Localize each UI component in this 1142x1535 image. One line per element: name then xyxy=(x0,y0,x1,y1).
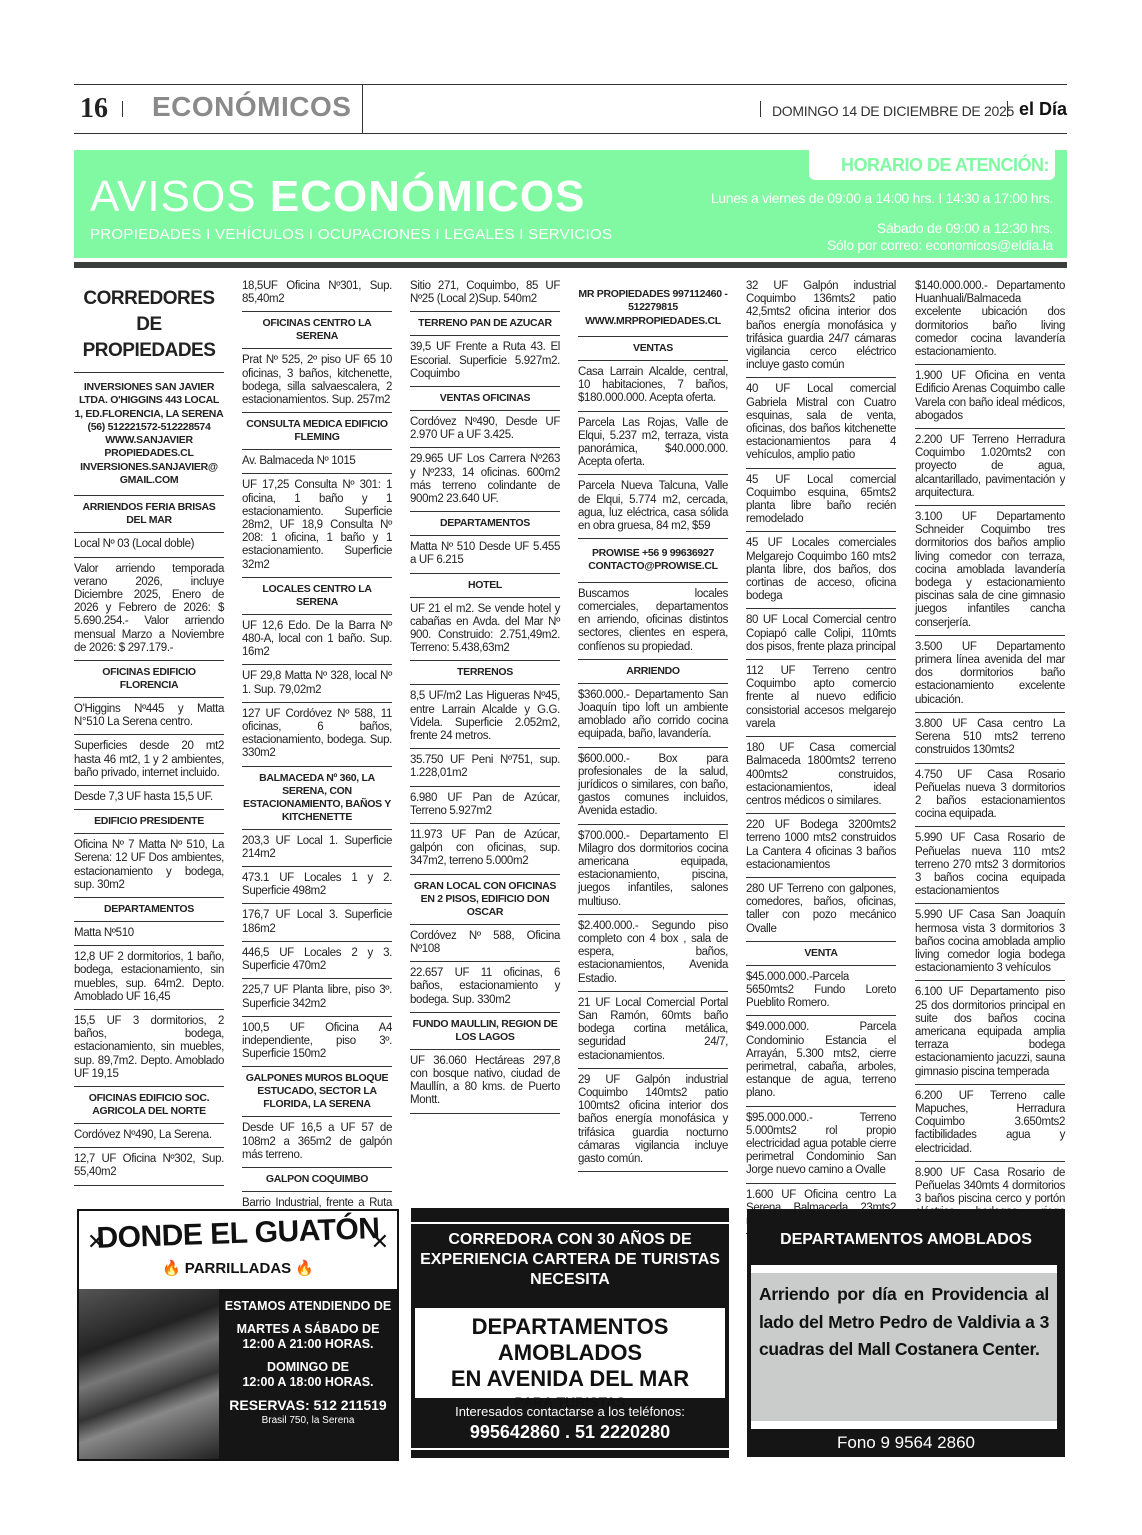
grilled-meat-photo xyxy=(79,1289,219,1459)
listing-item: Cordóvez Nº 588, Oficina Nº108 xyxy=(410,925,560,962)
listing-item: 220 UF Bodega 3200mts2 terreno 1000 mts2… xyxy=(746,814,896,878)
listing-item: 225,7 UF Planta libre, piso 3º. Superfic… xyxy=(242,979,392,1016)
listing-item: UF 12,6 Edo. De la Barra Nº 480-A, local… xyxy=(242,615,392,666)
classifieds-columns: CORREDORES DE PROPIEDADESINVERSIONES SAN… xyxy=(74,262,1067,1192)
listing-item: 22.657 UF 11 oficinas, 6 baños, estacion… xyxy=(410,962,560,1013)
ad-line: 12:00 A 21:00 HORAS. xyxy=(219,1337,397,1352)
ad-subtitle-text: PARRILLADAS xyxy=(185,1260,291,1277)
listing-item: 112 UF Terreno centro Coquimbo apto come… xyxy=(746,660,896,737)
column-2: 18,5UF Oficina Nº301, Sup. 85,40m2OFICIN… xyxy=(242,280,392,1229)
ad-line: DOMINGO DE xyxy=(219,1360,397,1375)
listing-item: 473.1 UF Locales 1 y 2. Superficie 498m2 xyxy=(242,867,392,904)
ad-line: CORREDORA CON 30 AÑOS DE xyxy=(411,1230,729,1250)
flame-icon: 🔥 xyxy=(162,1260,181,1277)
listing-item: $45.000.000.-Parcela 5650mts2 Fundo Lore… xyxy=(746,966,896,1017)
ad-donde-el-guaton: ✕ DONDE EL GUATÓN ✕ 🔥 PARRILLADAS 🔥 ESTA… xyxy=(77,1209,399,1461)
ad-title: DEPARTAMENTOS AMOBLADOS xyxy=(747,1231,1065,1249)
listing-heading: TERRENO PAN DE AZUCAR xyxy=(410,312,560,336)
listing-item: $2.400.000.- Segundo piso completo con 4… xyxy=(578,915,728,992)
listing-heading: CONSULTA MEDICA EDIFICIO FLEMING xyxy=(242,413,392,450)
listing-item: 40 UF Local comercial Gabriela Mistral c… xyxy=(746,378,896,468)
agency-contact: INVERSIONES SAN JAVIER LTDA. O'HIGGINS 4… xyxy=(74,373,224,496)
banner-title-bold: ECONÓMICOS xyxy=(270,172,586,221)
listing-item: UF 36.060 Hectáreas 297,8 con bosque nat… xyxy=(410,1050,560,1114)
hours-weekdays: Lunes a viernes de 09:00 a 14:00 hrs. I … xyxy=(711,190,1053,206)
listing-item: Local Nº 03 (Local doble) xyxy=(74,533,224,557)
ad-phone: Fono 9 9564 2860 xyxy=(747,1433,1065,1453)
listing-item: 29 UF Galpón industrial Coquimbo 140mts2… xyxy=(578,1069,728,1172)
listing-heading: GALPON COQUIMBO xyxy=(242,1168,392,1192)
ad-line: EXPERIENCIA CARTERA DE TURISTAS xyxy=(411,1250,729,1270)
listing-item: 5.990 UF Casa Rosario de Peñuelas nueva … xyxy=(915,827,1065,904)
listing-item: $360.000.- Departamento San Joaquín tipo… xyxy=(578,684,728,748)
listing-item: $95.000.000.- Terreno 5.000mts2 rol prop… xyxy=(746,1107,896,1184)
listing-heading: HOTEL xyxy=(410,574,560,598)
listing-heading: OFICINAS EDIFICIO FLORENCIA xyxy=(74,661,224,698)
listing-item: Parcela Las Rojas, Valle de Elqui, 5.237… xyxy=(578,412,728,476)
listing-item: UF 17,25 Consulta Nº 301: 1 oficina, 1 b… xyxy=(242,474,392,577)
listing-item: Cordóvez Nº490, Desde UF 2.970 UF a UF 3… xyxy=(410,411,560,448)
page-number: 16 xyxy=(80,93,108,125)
listing-item: O'Higgins Nº445 y Matta N°510 La Serena … xyxy=(74,698,224,735)
section-name: ECONÓMICOS xyxy=(152,91,351,123)
listing-item: Valor arriendo temporada verano 2026, in… xyxy=(74,558,224,661)
listing-item: 21 UF Local Comercial Portal San Ramón, … xyxy=(578,992,728,1069)
listing-heading: EDIFICIO PRESIDENTE xyxy=(74,810,224,834)
listing-heading: TERRENOS xyxy=(410,661,560,685)
ad-header: ✕ DONDE EL GUATÓN ✕ 🔥 PARRILLADAS 🔥 xyxy=(79,1211,397,1289)
ad-title: DONDE EL GUATÓN xyxy=(79,1211,398,1256)
column-6: $140.000.000.- Departamento Huanhuali/Ba… xyxy=(915,280,1065,1252)
crossed-utensils-icon: ✕ xyxy=(371,1229,389,1255)
listing-item: 11.973 UF Pan de Azúcar, galpón con ofic… xyxy=(410,824,560,875)
listing-item: Matta Nº510 xyxy=(74,922,224,946)
newspaper-logo: el Día xyxy=(1019,99,1067,120)
listing-item: 3.800 UF Casa centro La Serena 510 mts2 … xyxy=(915,713,1065,764)
listing-item: 45 UF Locales comerciales Melgarejo Coqu… xyxy=(746,532,896,609)
column-5: 32 UF Galpón industrial Coquimbo 136mts2… xyxy=(746,280,896,1234)
listing-item: 3.100 UF Departamento Schneider Coquimbo… xyxy=(915,506,1065,636)
banner-title-light: AVISOS xyxy=(90,172,270,221)
divider xyxy=(1007,101,1008,117)
banner-categories: PROPIEDADES I VEHÍCULOS I OCUPACIONES I … xyxy=(90,226,612,243)
listing-item: Buscamos locales comerciales, departamen… xyxy=(578,583,728,660)
hours-saturday: Sábado de 09:00 a 12:30 hrs. xyxy=(877,220,1053,236)
listing-item: 3.500 UF Departamento primera línea aven… xyxy=(915,636,1065,713)
listing-item: 6.100 UF Departamento piso 25 dos dormit… xyxy=(915,981,1065,1084)
listing-heading: BALMACEDA Nº 360, LA SERENA, CON ESTACIO… xyxy=(242,767,392,830)
issue-date: DOMINGO 14 DE DICIEMBRE DE 2025 xyxy=(772,103,1014,119)
ad-body: Arriendo por día en Providencia al lado … xyxy=(751,1265,1057,1429)
listing-item: 12,8 UF 2 dormitorios, 1 baño, bodega, e… xyxy=(74,946,224,1010)
divider xyxy=(362,85,363,133)
listing-heading: OFICINAS EDIFICIO SOC. AGRICOLA DEL NORT… xyxy=(74,1087,224,1124)
listing-heading: CORREDORES DE PROPIEDADES xyxy=(74,280,224,373)
listing-item: Casa Larrain Alcalde, central, 10 habita… xyxy=(578,361,728,412)
listing-heading: GRAN LOCAL CON OFICINAS EN 2 PISOS, EDIF… xyxy=(410,875,560,925)
ad-hours-panel: ESTAMOS ATENDIENDO DE MARTES A SÁBADO DE… xyxy=(219,1289,397,1459)
ad-headline: DEPARTAMENTOS AMOBLADOS xyxy=(415,1314,725,1366)
listing-item: 446,5 UF Locales 2 y 3. Superficie 470m2 xyxy=(242,942,392,979)
ad-phones: 995642860 . 51 2220280 xyxy=(411,1422,729,1443)
listing-item: 127 UF Cordóvez Nº 588, 11 oficinas, 6 b… xyxy=(242,703,392,767)
ad-headline: EN AVENIDA DEL MAR xyxy=(415,1366,725,1392)
column-1: CORREDORES DE PROPIEDADESINVERSIONES SAN… xyxy=(74,280,224,1186)
listing-heading: LOCALES CENTRO LA SERENA xyxy=(242,578,392,615)
flame-icon: 🔥 xyxy=(295,1260,314,1277)
listing-item: Cordóvez Nº490, La Serena. xyxy=(74,1124,224,1148)
listing-item: 1.900 UF Oficina en venta Edificio Arena… xyxy=(915,365,1065,429)
ad-contact-label: Interesados contactarse a los teléfonos: xyxy=(411,1404,729,1419)
banner-title: AVISOS ECONÓMICOS xyxy=(90,172,585,222)
listing-item: 203,3 UF Local 1. Superficie 214m2 xyxy=(242,830,392,867)
divider xyxy=(411,1222,729,1224)
listing-heading: DEPARTAMENTOS xyxy=(74,898,224,922)
ad-corredora: CORREDORA CON 30 AÑOS DE EXPERIENCIA CAR… xyxy=(411,1208,729,1458)
listing-heading: OFICINAS CENTRO LA SERENA xyxy=(242,312,392,349)
listing-heading: VENTAS xyxy=(578,337,728,361)
listing-item: Desde UF 16,5 a UF 57 de 108m2 a 365m2 d… xyxy=(242,1117,392,1168)
listing-item: Prat Nº 525, 2º piso UF 65 10 oficinas, … xyxy=(242,349,392,413)
listing-item: Desde 7,3 UF hasta 15,5 UF. xyxy=(74,786,224,810)
listing-heading: GALPONES MUROS BLOQUE ESTUCADO, SECTOR L… xyxy=(242,1067,392,1117)
ad-address: Brasil 750, la Serena xyxy=(219,1413,397,1428)
listing-item: Superficies desde 20 mt2 hasta 46 mt2, 1… xyxy=(74,735,224,786)
listing-heading: ARRIENDO xyxy=(578,660,728,684)
listing-item: 6.980 UF Pan de Azúcar, Terreno 5.927m2 xyxy=(410,787,560,824)
divider xyxy=(411,1448,729,1450)
listing-item: Sitio 271, Coquimbo, 85 UF Nº25 (Local 2… xyxy=(410,280,560,312)
ad-intro: CORREDORA CON 30 AÑOS DE EXPERIENCIA CAR… xyxy=(411,1230,729,1290)
contact-email: Sólo por correo: economicos@eldia.la xyxy=(827,237,1053,253)
agency-contact: MR PROPIEDADES 997112460 - 512279815 WWW… xyxy=(578,280,728,337)
ad-line: NECESITA xyxy=(411,1270,729,1290)
ad-line: ESTAMOS ATENDIENDO DE xyxy=(219,1299,397,1314)
listing-item: 100,5 UF Oficina A4 independiente, piso … xyxy=(242,1017,392,1068)
ad-line: 12:00 A 18:00 HORAS. xyxy=(219,1375,397,1390)
listing-heading: VENTA xyxy=(746,942,896,966)
divider xyxy=(760,101,761,117)
listing-item: $140.000.000.- Departamento Huanhuali/Ba… xyxy=(915,280,1065,365)
listing-item: Matta Nº 510 Desde UF 5.455 a UF 6.215 xyxy=(410,536,560,573)
listing-item: 4.750 UF Casa Rosario Peñuelas nueva 3 d… xyxy=(915,764,1065,828)
listing-item: 5.990 UF Casa San Joaquín hermosa vista … xyxy=(915,904,1065,981)
ad-reservations: RESERVAS: 512 211519 xyxy=(219,1398,397,1413)
column-3: Sitio 271, Coquimbo, 85 UF Nº25 (Local 2… xyxy=(410,280,560,1114)
ad-body-panel: Arriendo por día en Providencia al lado … xyxy=(751,1273,1057,1421)
listing-item: 176,7 UF Local 3. Superficie 186m2 xyxy=(242,904,392,941)
listing-item: Av. Balmaceda Nº 1015 xyxy=(242,450,392,474)
listing-item: $49.000.000. Parcela Condominio Estancia… xyxy=(746,1016,896,1106)
column-4: MR PROPIEDADES 997112460 - 512279815 WWW… xyxy=(578,280,728,1172)
ad-main-panel: DEPARTAMENTOS AMOBLADOS EN AVENIDA DEL M… xyxy=(415,1308,725,1398)
masthead: 16 ECONÓMICOS DOMINGO 14 DE DICIEMBRE DE… xyxy=(74,84,1067,134)
listing-item: 180 UF Casa comercial Balmaceda 1800mts2… xyxy=(746,737,896,814)
listing-item: $700.000.- Departamento El Milagro dos d… xyxy=(578,825,728,915)
listing-item: UF 29,8 Matta Nº 328, local Nº 1. Sup. 7… xyxy=(242,665,392,702)
listing-heading: FUNDO MAULLIN, REGION DE LOS LAGOS xyxy=(410,1013,560,1050)
listing-item: UF 21 el m2. Se vende hotel y cabañas en… xyxy=(410,598,560,662)
ad-subtitle: 🔥 PARRILLADAS 🔥 xyxy=(79,1259,397,1277)
listing-item: 39,5 UF Frente a Ruta 43. El Escorial. S… xyxy=(410,336,560,387)
listing-item: 35.750 UF Peni Nº751, sup. 1.228,01m2 xyxy=(410,749,560,786)
ad-body-text: Arriendo por día en Providencia al lado … xyxy=(759,1281,1049,1364)
listing-heading: ARRIENDOS FERIA BRISAS DEL MAR xyxy=(74,496,224,533)
listing-item: Parcela Nueva Talcuna, Valle de Elqui, 5… xyxy=(578,475,728,539)
ad-line: MARTES A SÁBADO DE xyxy=(219,1322,397,1337)
listing-item: 32 UF Galpón industrial Coquimbo 136mts2… xyxy=(746,280,896,378)
listing-item: 18,5UF Oficina Nº301, Sup. 85,40m2 xyxy=(242,280,392,312)
hours-tab: HORARIO DE ATENCIÓN: xyxy=(809,150,1055,180)
listing-item: 45 UF Local comercial Coquimbo esquina, … xyxy=(746,469,896,533)
listing-heading: VENTAS OFICINAS xyxy=(410,387,560,411)
listing-heading: DEPARTAMENTOS xyxy=(410,512,560,536)
divider xyxy=(122,101,123,117)
listing-item: $600.000.- Box para profesionales de la … xyxy=(578,748,728,825)
ad-departamentos-amoblados: DEPARTAMENTOS AMOBLADOS Arriendo por día… xyxy=(747,1209,1065,1457)
listing-item: 15,5 UF 3 dormitorios, 2 baños, bodega, … xyxy=(74,1010,224,1087)
listing-item: 2.200 UF Terreno Herradura Coquimbo 1.02… xyxy=(915,429,1065,506)
listing-item: Oficina Nº 7 Matta Nº 510, La Serena: 12… xyxy=(74,834,224,898)
agency-contact: PROWISE +56 9 99636927 CONTACTO@PROWISE.… xyxy=(578,539,728,583)
listing-item: 8,5 UF/m2 Las Higueras Nº45, entre Larra… xyxy=(410,685,560,749)
hours-title: HORARIO DE ATENCIÓN: xyxy=(841,155,1049,176)
classifieds-banner: AVISOS ECONÓMICOS PROPIEDADES I VEHÍCULO… xyxy=(74,150,1067,258)
listing-item: 29.965 UF Los Carrera Nº263 y Nº233, 14 … xyxy=(410,448,560,512)
listing-item: 12,7 UF Oficina Nº302, Sup. 55,40m2 xyxy=(74,1148,224,1185)
listing-item: 80 UF Local Comercial centro Copiapó cal… xyxy=(746,609,896,660)
listing-item: 280 UF Terreno con galpones, comedores, … xyxy=(746,878,896,942)
listing-item: 6.200 UF Terreno calle Mapuches, Herradu… xyxy=(915,1085,1065,1162)
